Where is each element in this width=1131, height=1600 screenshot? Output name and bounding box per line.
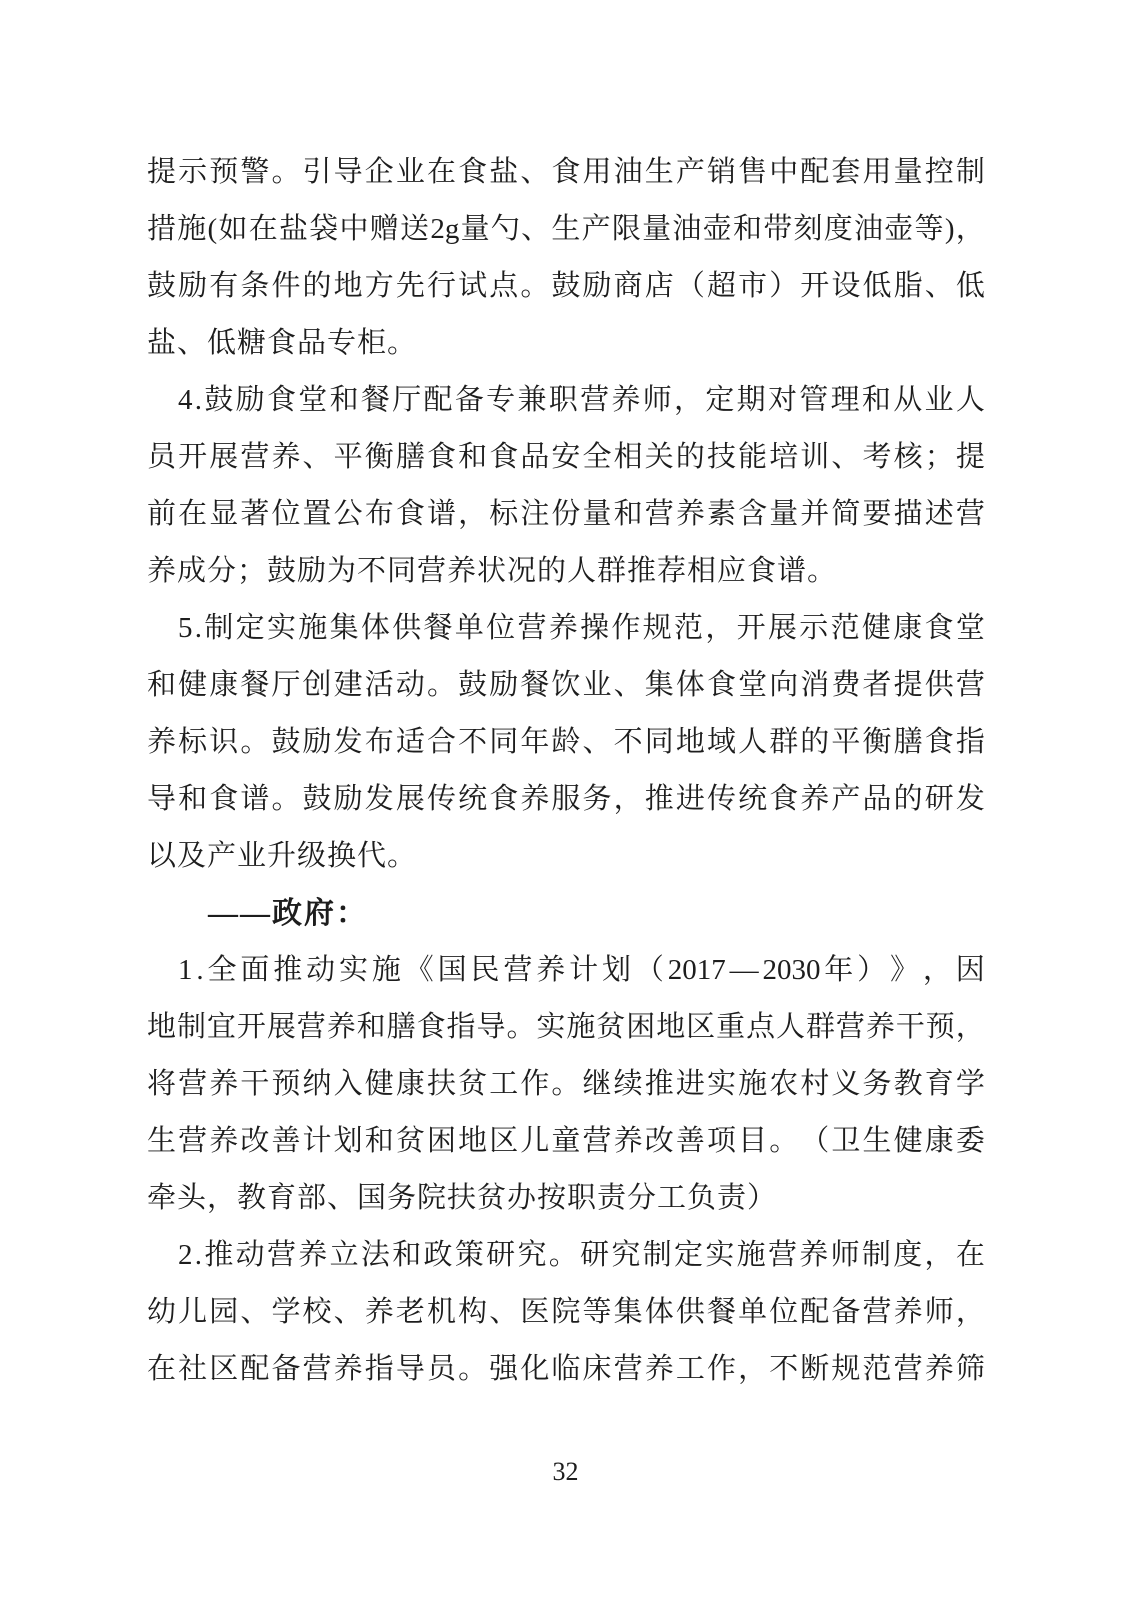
text-line: 牵头，教育部、国务院扶贫办按职责分工负责） <box>147 1170 985 1227</box>
text-line: 地制宜开展营养和膳食指导。实施贫困地区重点人群营养干预， <box>147 999 985 1056</box>
text-line: 5.制定实施集体供餐单位营养操作规范，开展示范健康食堂 <box>147 600 985 657</box>
text-line: 导和食谱。鼓励发展传统食养服务，推进传统食养产品的研发 <box>147 771 985 828</box>
text-line: 以及产业升级换代。 <box>147 828 985 885</box>
text-line: 4.鼓励食堂和餐厅配备专兼职营养师，定期对管理和从业人 <box>147 372 985 429</box>
text-line: 措施(如在盐袋中赠送2g量勺、生产限量油壶和带刻度油壶等)， <box>147 201 985 258</box>
page-number: 32 <box>0 1452 1131 1492</box>
text-line: 1.全面推动实施《国民营养计划（2017—2030年）》，因 <box>147 942 985 999</box>
paragraph-item-1: 1.全面推动实施《国民营养计划（2017—2030年）》，因地制宜开展营养和膳食… <box>147 942 985 1227</box>
text-line: 在社区配备营养指导员。强化临床营养工作，不断规范营养筛 <box>147 1341 985 1398</box>
paragraph-continuation: 提示预警。引导企业在食盐、食用油生产销售中配套用量控制措施(如在盐袋中赠送2g量… <box>147 144 985 372</box>
document-page: 提示预警。引导企业在食盐、食用油生产销售中配套用量控制措施(如在盐袋中赠送2g量… <box>0 0 1131 1600</box>
text-line: 和健康餐厅创建活动。鼓励餐饮业、集体食堂向消费者提供营 <box>147 657 985 714</box>
text-line: 员开展营养、平衡膳食和食品安全相关的技能培训、考核；提 <box>147 429 985 486</box>
text-line: 幼儿园、学校、养老机构、医院等集体供餐单位配备营养师， <box>147 1284 985 1341</box>
text-line: 提示预警。引导企业在食盐、食用油生产销售中配套用量控制 <box>147 144 985 201</box>
text-line: 将营养干预纳入健康扶贫工作。继续推进实施农村义务教育学 <box>147 1056 985 1113</box>
text-block: 提示预警。引导企业在食盐、食用油生产销售中配套用量控制措施(如在盐袋中赠送2g量… <box>147 144 985 1398</box>
text-line: 2.推动营养立法和政策研究。研究制定实施营养师制度，在 <box>147 1227 985 1284</box>
heading-government: ——政府： <box>147 885 985 942</box>
text-line: 前在显著位置公布食谱，标注份量和营养素含量并简要描述营 <box>147 486 985 543</box>
text-line: ——政府： <box>147 885 985 942</box>
paragraph-item-5: 5.制定实施集体供餐单位营养操作规范，开展示范健康食堂和健康餐厅创建活动。鼓励餐… <box>147 600 985 885</box>
text-line: 鼓励有条件的地方先行试点。鼓励商店（超市）开设低脂、低 <box>147 258 985 315</box>
text-line: 养成分；鼓励为不同营养状况的人群推荐相应食谱。 <box>147 543 985 600</box>
paragraph-item-4: 4.鼓励食堂和餐厅配备专兼职营养师，定期对管理和从业人员开展营养、平衡膳食和食品… <box>147 372 985 600</box>
paragraph-item-2: 2.推动营养立法和政策研究。研究制定实施营养师制度，在幼儿园、学校、养老机构、医… <box>147 1227 985 1398</box>
text-line: 生营养改善计划和贫困地区儿童营养改善项目。（卫生健康委 <box>147 1113 985 1170</box>
text-line: 养标识。鼓励发布适合不同年龄、不同地域人群的平衡膳食指 <box>147 714 985 771</box>
text-line: 盐、低糖食品专柜。 <box>147 315 985 372</box>
